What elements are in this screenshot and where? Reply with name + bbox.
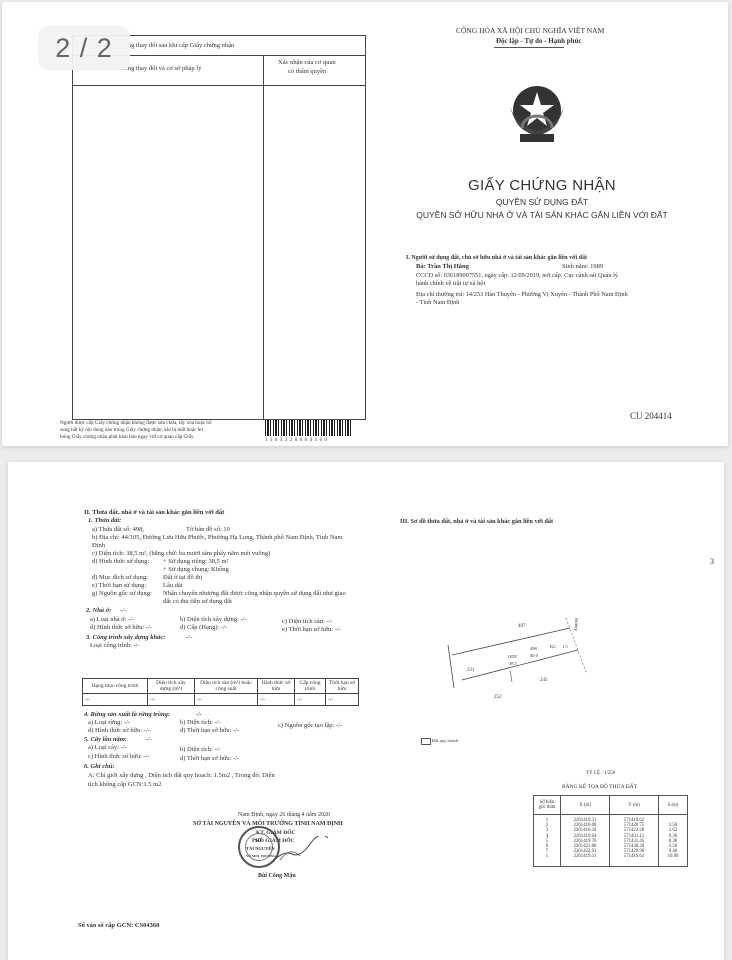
signer-name: Bùi Công Mậu — [258, 872, 296, 880]
notes-line-1: A: Chỉ giới xây dựng , Diện tích đất quy… — [88, 772, 275, 780]
changes-col2-line2: có thẩm quyền — [288, 68, 326, 76]
land-term-value: Lâu dài — [163, 582, 183, 590]
footer-note-3: hỏng Giấy chứng nhận phải khai báo ngay … — [60, 434, 195, 441]
house-heading: 2. Nhà ở: — [86, 607, 111, 615]
changes-col1: ...ng thay đổi và cơ sở pháp lý — [123, 65, 201, 73]
perennial-heading-value: -/- — [146, 736, 152, 744]
parcel-area: 40.0 — [530, 652, 538, 660]
national-emblem-icon — [502, 76, 572, 152]
perennial-heading: 5. Cây lâu năm: — [84, 736, 127, 744]
serial-number: CU 204414 — [630, 412, 672, 420]
land-origin-label: g) Nguồn gốc sử dụng: — [92, 590, 152, 598]
perennial-ownership: c) Hình thức sở hữu: -/- — [88, 753, 150, 761]
house-type: a) Loại nhà ở: -/- — [90, 616, 134, 624]
scale-label: TỶ LỆ : 1/250 — [586, 770, 615, 778]
changes-col2-line1: Xác nhận của cơ quan — [278, 59, 336, 67]
table-row: 12345671 2261419.312261416.002261416.342… — [534, 815, 688, 867]
certificate-subtitle-1: QUYỀN SỬ DỤNG ĐẤT — [382, 197, 702, 207]
page-counter: 2 / 2 — [38, 26, 130, 70]
works-cell: -/- — [295, 694, 326, 706]
works-col-header: Thời hạn sở hữu — [326, 679, 359, 694]
land-usage-label: d) Hình thức sử dụng: — [92, 558, 149, 566]
other-works-table: Hạng mục công trình Diện tích xây dựng (… — [82, 678, 359, 706]
forest-area: b) Diện tích: -/- — [180, 719, 221, 727]
land-map-sheet: Tờ bản đồ số: 10 — [186, 526, 230, 534]
works-cell: -/- — [326, 694, 359, 706]
signature-scribble-icon — [270, 836, 330, 866]
land-code-area: 38.5 — [509, 660, 517, 668]
certificate-title: GIẤY CHỨNG NHẬN — [412, 177, 672, 194]
registry-number: Số vào sổ cấp GCN: CS04360 — [78, 922, 159, 930]
owner-id-line2: hành chính về trật tự xã hội — [416, 280, 485, 288]
works-cell: -/- — [83, 694, 148, 706]
house-grade: đ) Cấp (Hạng): -/- — [180, 624, 227, 632]
works-col-header: Hạng mục công trình — [83, 679, 148, 694]
changes-table: ...ng thay đổi sau khi cấp Giấy chứng nh… — [72, 35, 366, 420]
notes-line-2: tích không cấp GCN:1.5 m2 — [88, 781, 161, 789]
coordinate-table: Số hiệu góc thửa X (m) Y (m) S (m) 12345… — [533, 795, 688, 867]
land-address-2: Định — [92, 542, 105, 550]
neighbor-parcel: 497 — [518, 623, 526, 631]
other-works-heading: 3. Công trình xây dựng khác: — [86, 634, 165, 642]
house-ownership: d) Hình thức sở hữu: -/- — [90, 624, 152, 632]
other-works-heading-value: -/- — [186, 634, 192, 642]
neighbor-parcel: 252 — [494, 694, 502, 702]
kc-label: KC — [550, 643, 556, 651]
land-address-1: b) Địa chỉ: 44/105, Đường Lưu Hữu Phước,… — [92, 534, 342, 542]
land-term-label: e) Thời hạn sử dụng: — [92, 582, 146, 590]
works-cell: -/- — [148, 694, 195, 706]
road-label: Đường — [572, 618, 580, 631]
coord-cell: 10.90 — [662, 854, 684, 859]
land-usage-private: + Sử dụng riêng: 38,5 m² — [163, 558, 228, 566]
owner-birth-year: Sinh năm: 1989 — [562, 263, 603, 271]
section1-heading: I. Người sử dụng đất, chủ sở hữu nhà ở v… — [406, 254, 587, 262]
works-cell: -/- — [258, 694, 295, 706]
owner-address-line1: Địa chỉ thường trú: 14/253 Hàn Thuyên - … — [416, 291, 628, 299]
signature-place-date: Nam Định, ngày 26 tháng 4 năm 2020 — [238, 811, 330, 819]
certificate-subtitle-2: QUYỀN SỞ HỮU NHÀ Ở VÀ TÀI SẢN KHÁC GẮN L… — [382, 210, 702, 220]
coord-cell: 571419.62 — [613, 854, 655, 859]
land-purpose-label: đ) Mục đích sử dụng: — [92, 574, 148, 582]
perennial-term: d) Thời hạn sở hữu: -/- — [180, 755, 239, 763]
forest-term: đ) Thời hạn sở hữu: -/- — [180, 727, 239, 735]
changes-table-title: ...ng thay đổi sau khi cấp Giấy chứng nh… — [123, 42, 234, 50]
house-floor-area: c) Diện tích sàn: -/- — [282, 618, 333, 626]
footer-note-1: Người được cấp Giấy chứng nhận không đượ… — [60, 420, 212, 427]
land-origin-1: Nhận chuyển nhượng đất được công nhận qu… — [163, 590, 346, 598]
section3-heading: III. Sơ đồ thửa đất, nhà ở và tài sản kh… — [400, 518, 553, 526]
perennial-type: a) Loại cây: -/- — [88, 744, 127, 752]
notes-heading: 6. Ghi chú: — [84, 763, 115, 771]
works-col-header: Hình thức sở hữu — [258, 679, 295, 694]
perennial-area: b) Diện tích: -/- — [180, 746, 221, 754]
barcode-number: 1 3 6 3 3 2 0 0 0 4 3 6 0 — [265, 437, 328, 445]
land-usage-shared: + Sử dụng chung: Không — [163, 566, 229, 574]
works-col-header: Cấp công trình — [295, 679, 326, 694]
side-mark: 3 — [710, 558, 714, 566]
forest-heading: 4. Rừng sản xuất là rừng trồng: — [84, 711, 170, 719]
neighbor-parcel: 245 — [540, 677, 548, 685]
signature-authority: SỞ TÀI NGUYÊN VÀ MÔI TRƯỜNG TỈNH NAM ĐỊN… — [193, 820, 343, 828]
coord-col-header: X (m) — [561, 796, 610, 815]
land-origin-2: đất có thu tiền sử dụng đất — [163, 598, 232, 606]
coord-table-title: BẢNG KÊ TỌA ĐỘ THỬA ĐẤT — [562, 783, 637, 791]
owner-name: Bà: Trần Thị Hằng — [416, 263, 469, 271]
house-heading-value: -/- — [120, 607, 126, 615]
coord-cell: 2261419.31 — [564, 854, 606, 859]
table-row: -/- -/- -/- -/- -/- -/- — [83, 694, 359, 706]
neighbor-parcel: 231 — [467, 667, 475, 675]
land-parcel-number: a) Thửa đất số: 498, — [92, 526, 144, 534]
other-works-type: Loại công trình: -/- — [90, 642, 140, 650]
coord-cell: 1 — [537, 854, 557, 859]
section2-heading: II. Thửa đất, nhà ở và tài sản khác gắn … — [84, 509, 224, 517]
owner-address-line2: - Tỉnh Nam Định — [416, 299, 459, 307]
house-build-area: b) Diện tích xây dựng: -/- — [180, 616, 247, 624]
coord-col-header: Y (m) — [610, 796, 659, 815]
works-col-header: Diện tích sàn (m²) hoặc công suất — [195, 679, 258, 694]
barcode — [265, 420, 351, 436]
land-area: c) Diện tích: 38,5 m², (bằng chữ: ba mươ… — [92, 550, 270, 558]
legend-label: Đất quy hoạch — [432, 737, 458, 745]
national-header: CỘNG HÒA XÃ HỘI CHỦ NGHĨA VIỆT NAM — [456, 27, 604, 35]
national-motto: Độc lập - Tự do - Hạnh phúc — [496, 37, 582, 45]
kc-value: 1.5 — [562, 643, 568, 651]
footer-note-2: sung bất kỳ nội dung nào trong Giấy chứn… — [60, 427, 203, 434]
forest-type: a) Loại rừng: -/- — [88, 719, 130, 727]
land-heading: 1. Thửa đất: — [88, 517, 121, 525]
forest-heading-value: -/- — [196, 711, 202, 719]
coord-col-header: Số hiệu góc thửa — [534, 796, 561, 815]
works-cell: -/- — [195, 694, 258, 706]
forest-origin: c) Nguồn gốc tạo lập: -/- — [278, 722, 342, 730]
owner-id-line1: CCCD số: 036189007551, ngày cấp: 12/09/2… — [416, 272, 618, 280]
forest-ownership: d) Hình thức sở hữu: -/- — [88, 727, 150, 735]
works-col-header: Diện tích xây dựng (m²) — [148, 679, 195, 694]
land-purpose-value: Đất ở tại đô thị — [163, 574, 202, 582]
coord-col-header: S (m) — [659, 796, 688, 815]
legend-swatch — [421, 738, 431, 745]
house-term: e) Thời hạn sở hữu: -/- — [282, 626, 341, 634]
